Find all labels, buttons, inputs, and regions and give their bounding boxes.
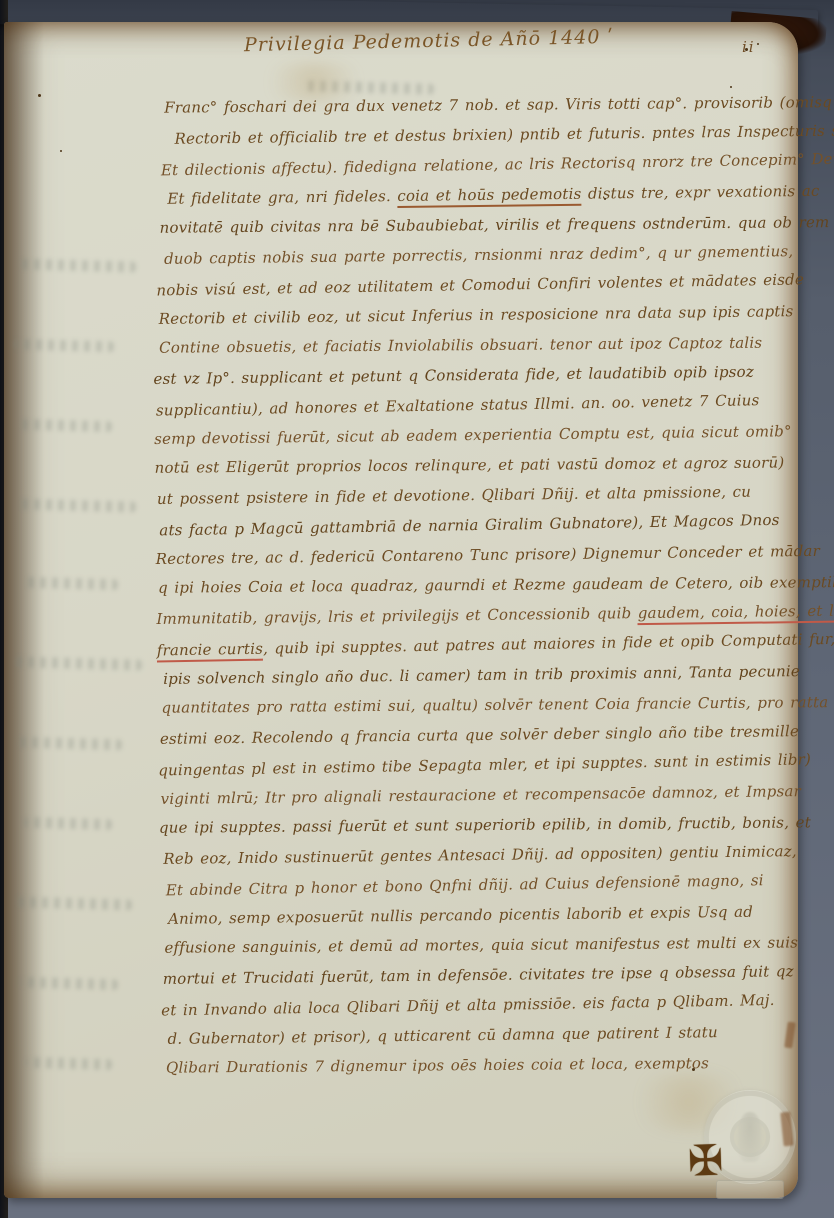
manuscript-phrase: , quib ipi supptes. aut patres aut maior… (263, 630, 834, 658)
manuscript-phrase: nobis visú est, et ad eoz utilitatem et … (156, 270, 804, 299)
manuscript-phrase: Reb eoz, Inido sustinuerūt gentes Antesa… (163, 842, 797, 868)
cross-pattee-mark: ✠ (687, 1135, 724, 1185)
manuscript-phrase: novitatē quib civitas nra bē Subaubiebat… (160, 213, 830, 237)
manuscript-line: que ipi supptes. passi fuerūt et sunt su… (159, 808, 783, 843)
manuscript-phrase: Immunitatib, gravijs, lris et privilegij… (156, 604, 638, 628)
manuscript-text-block: Franc° foschari dei gra dux venetz 7 nob… (150, 86, 786, 1084)
manuscript-phrase: Contine obsuetis, et faciatis Inviolabil… (159, 334, 762, 357)
manuscript-phrase: que ipi supptes. passi fuerūt et sunt su… (159, 813, 811, 836)
manuscript-phrase: Rectores tre, ac d. federicū Contareno T… (156, 542, 820, 568)
manuscript-phrase: ats facta p Magcū gattambriā de narnia G… (159, 511, 780, 540)
manuscript-phrase: supplicantiu), ad honores et Exaltatione… (156, 391, 760, 419)
show-through-ghost-line (26, 1057, 112, 1070)
manuscript-line: effusione sanguinis, et demū ad mortes, … (164, 928, 784, 963)
embossed-stamp-banner (716, 1180, 784, 1199)
manuscript-phrase: notū est Eligerūt proprios locos relinqu… (154, 453, 784, 476)
manuscript-line: novitatē quib civitas nra bē Subaubiebat… (160, 208, 776, 243)
manuscript-phrase: mortui et Trucidati fuerūt, tam in defen… (163, 962, 794, 988)
manuscript-phrase: Animo, semp exposuerūt nullis percando p… (168, 903, 753, 928)
red-underlined-phrase: francie curtis (157, 640, 264, 663)
manuscript-phrase: estimi eoz. Recolendo q francia curta qu… (160, 722, 799, 748)
folio-number: ii (742, 38, 756, 56)
manuscript-phrase: viginti mlrū; Itr pro alignali restaurac… (161, 782, 802, 808)
manuscript-phrase: Rectorib et civilib eoz, ut sicut Inferi… (159, 302, 794, 328)
ink-speck (692, 1068, 695, 1071)
ink-speck (38, 94, 41, 97)
manuscript-phrase: distus tre, expr vexationis ac (581, 182, 819, 203)
page-heading: Privilegia Pedemotis de Añō 1440 ʹ (244, 26, 614, 56)
show-through-ghost-line (24, 817, 112, 830)
manuscript-phrase: quingentas pl est in estimo tibe Sepagta… (158, 750, 811, 779)
manuscript-phrase: est vz Ip°. supplicant et petunt q Consi… (153, 363, 754, 388)
ink-speck (60, 150, 62, 152)
manuscript-phrase: effusione sanguinis, et demū ad mortes, … (164, 933, 798, 956)
manuscript-phrase: Franc° foschari dei gra dux venetz 7 nob… (164, 93, 832, 117)
manuscript-phrase: ut possent psistere in fide et devotione… (157, 483, 751, 508)
ink-speck (730, 86, 732, 88)
stamp-figure-icon (738, 1112, 762, 1162)
manuscript-phrase: Et fidelitate gra, nri fideles. (167, 187, 397, 208)
manuscript-phrase: quantitates pro ratta estimi sui, qualtu… (161, 693, 828, 717)
manuscript-line: quantitates pro ratta estimi sui, qualtu… (161, 688, 781, 723)
binding-gutter-shadow (4, 22, 44, 1198)
page-edge-tear (784, 1022, 796, 1049)
ink-speck (604, 198, 606, 200)
manuscript-phrase: duob captis nobis sua parte porrectis, r… (164, 242, 794, 268)
red-underlined-phrase: gaudem, coia, hoies, et loca (638, 601, 834, 625)
photo-background: { "document": { "heading": "Privilegia P… (0, 0, 834, 1218)
ink-speck (745, 48, 748, 51)
red-underlined-phrase: coia et hoūs pedemotis (397, 185, 581, 208)
manuscript-line: Franc° foschari dei gra dux venetz 7 nob… (164, 88, 774, 123)
manuscript-phrase: d. Gubernator) et prisor), q utticarent … (167, 1023, 717, 1048)
ink-speck (757, 43, 759, 45)
manuscript-line: q ipi hoies Coia et loca quadraz, gaurnd… (158, 568, 780, 603)
manuscript-phrase: semp devotissi fuerūt, sicut ab eadem ex… (154, 422, 792, 448)
manuscript-phrase: Et abinde Citra p honor et bono Qnfni dñ… (166, 871, 764, 899)
manuscript-phrase: ipis solvench singlo año duc. li camer) … (163, 662, 800, 688)
manuscript-line: Contine obsuetis, et faciatis Inviolabil… (159, 328, 777, 363)
paper-stain (254, 62, 374, 102)
manuscript-phrase: et in Invando alia loca Qlibari Dñij et … (161, 991, 775, 1019)
manuscript-phrase: Qlibari Durationis 7 dignemur ipos oēs h… (166, 1054, 709, 1077)
manuscript-phrase: q ipi hoies Coia et loca quadraz, gaurnd… (158, 573, 834, 597)
manuscript-phrase: Rectorib et officialib tre et destus bri… (174, 121, 834, 148)
manuscript-phrase: Et dilectionis affectu). fidedigna relat… (161, 149, 834, 180)
manuscript-page: Privilegia Pedemotis de Añō 1440 ʹ ii Fr… (4, 22, 798, 1198)
manuscript-line: notū est Eligerūt proprios locos relinqu… (154, 448, 778, 483)
